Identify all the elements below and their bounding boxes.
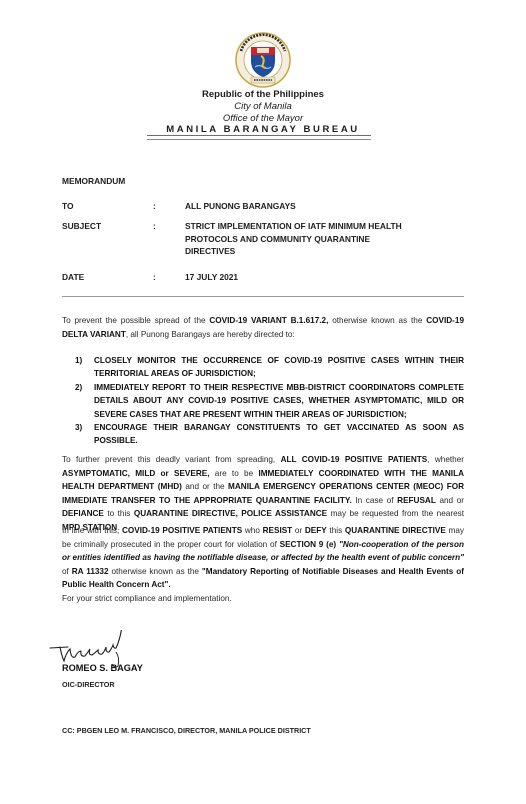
subject-line: STRICT IMPLEMENTATION OF IATF MINIMUM HE… bbox=[185, 220, 485, 233]
to-colon: : bbox=[153, 200, 156, 213]
text-run: To further prevent this deadly variant f… bbox=[62, 455, 281, 464]
subject-line: DIRECTIVES bbox=[185, 245, 485, 258]
directive-item: 3) ENCOURAGE THEIR BARANGAY CONSTITUENTS… bbox=[75, 421, 464, 448]
text-run: In line with this, bbox=[62, 526, 122, 535]
legal-paragraph: In line with this, COVID-19 POSITIVE PAT… bbox=[62, 524, 464, 592]
text-run: To prevent the possible spread of the bbox=[62, 316, 209, 325]
date-colon: : bbox=[153, 271, 156, 284]
emphasized-text: SECTION 9 (e) bbox=[280, 540, 337, 549]
date-value: 17 JULY 2021 bbox=[185, 271, 485, 284]
directive-number: 1) bbox=[75, 354, 82, 367]
subject-label: SUBJECT bbox=[62, 220, 101, 233]
city-of-manila-seal-icon bbox=[233, 31, 293, 89]
to-label: TO bbox=[62, 200, 73, 213]
subject-line: PROTOCOLS AND COMMUNITY QUARANTINE bbox=[185, 233, 485, 246]
emphasized-text: QUARANTINE DIRECTIVE bbox=[345, 526, 446, 535]
directive-text: IMMEDIATELY REPORT TO THEIR RESPECTIVE M… bbox=[94, 383, 464, 419]
letterhead-divider bbox=[147, 135, 371, 140]
directive-number: 2) bbox=[75, 381, 82, 394]
text-run: otherwise known as the bbox=[328, 316, 426, 325]
memorandum-page: Republic of the Philippines City of Mani… bbox=[0, 0, 526, 804]
text-run: are to be bbox=[210, 469, 259, 478]
emphasized-text: QUARANTINE DIRECTIVE, POLICE ASSISTANCE bbox=[134, 509, 327, 518]
text-run: this bbox=[327, 526, 345, 535]
text-run: , all Punong Barangays are hereby direct… bbox=[126, 330, 295, 339]
enforcement-paragraph: To further prevent this deadly variant f… bbox=[62, 453, 464, 535]
carbon-copy-line: CC: PBGEN LEO M. FRANCISCO, DIRECTOR, MA… bbox=[62, 726, 311, 735]
emphasized-text: DEFIANCE bbox=[62, 509, 104, 518]
directive-item: 1) CLOSELY MONITOR THE OCCURRENCE OF COV… bbox=[75, 354, 464, 381]
directive-item: 2) IMMEDIATELY REPORT TO THEIR RESPECTIV… bbox=[75, 381, 464, 421]
subject-value: STRICT IMPLEMENTATION OF IATF MINIMUM HE… bbox=[185, 220, 485, 258]
text-run: of bbox=[62, 567, 72, 576]
emphasized-text: COVID-19 VARIANT B.1.617.2, bbox=[209, 316, 328, 325]
signatory-title: OIC-DIRECTOR bbox=[62, 680, 115, 689]
to-value: ALL PUNONG BARANGAYS bbox=[185, 200, 485, 213]
directive-text: ENCOURAGE THEIR BARANGAY CONSTITUENTS TO… bbox=[94, 423, 464, 445]
emphasized-text: RESIST bbox=[263, 526, 293, 535]
text-run: who bbox=[242, 526, 262, 535]
emphasized-text: ALL COVID-19 POSITIVE PATIENTS bbox=[281, 455, 428, 464]
text-run: In case of bbox=[352, 496, 397, 505]
text-run: , whether bbox=[427, 455, 464, 464]
text-run: to this bbox=[104, 509, 134, 518]
text-run: and or the bbox=[182, 482, 228, 491]
emphasized-text: RA 11332 bbox=[72, 567, 109, 576]
emphasized-text: REFUSAL bbox=[397, 496, 436, 505]
intro-paragraph: To prevent the possible spread of the CO… bbox=[62, 314, 464, 341]
memo-divider bbox=[62, 296, 464, 297]
emphasized-text: COVID-19 POSITIVE PATIENTS bbox=[122, 526, 242, 535]
directives-list: 1) CLOSELY MONITOR THE OCCURRENCE OF COV… bbox=[75, 354, 464, 448]
memo-title: MEMORANDUM bbox=[62, 175, 125, 188]
text-run: otherwise known as the bbox=[109, 567, 202, 576]
emphasized-text: ASYMPTOMATIC, MILD or SEVERE, bbox=[62, 469, 210, 478]
emphasized-text: DEFY bbox=[305, 526, 327, 535]
text-run: may be requested from the nearest bbox=[327, 509, 464, 518]
date-label: DATE bbox=[62, 271, 84, 284]
text-run: and or bbox=[436, 496, 464, 505]
directive-text: CLOSELY MONITOR THE OCCURRENCE OF COVID-… bbox=[94, 356, 464, 378]
subject-colon: : bbox=[153, 220, 156, 233]
text-run: or bbox=[292, 526, 305, 535]
signatory-name: ROMEO S. BAGAY bbox=[62, 663, 143, 673]
closing-line: For your strict compliance and implement… bbox=[62, 592, 464, 606]
directive-number: 3) bbox=[75, 421, 82, 434]
